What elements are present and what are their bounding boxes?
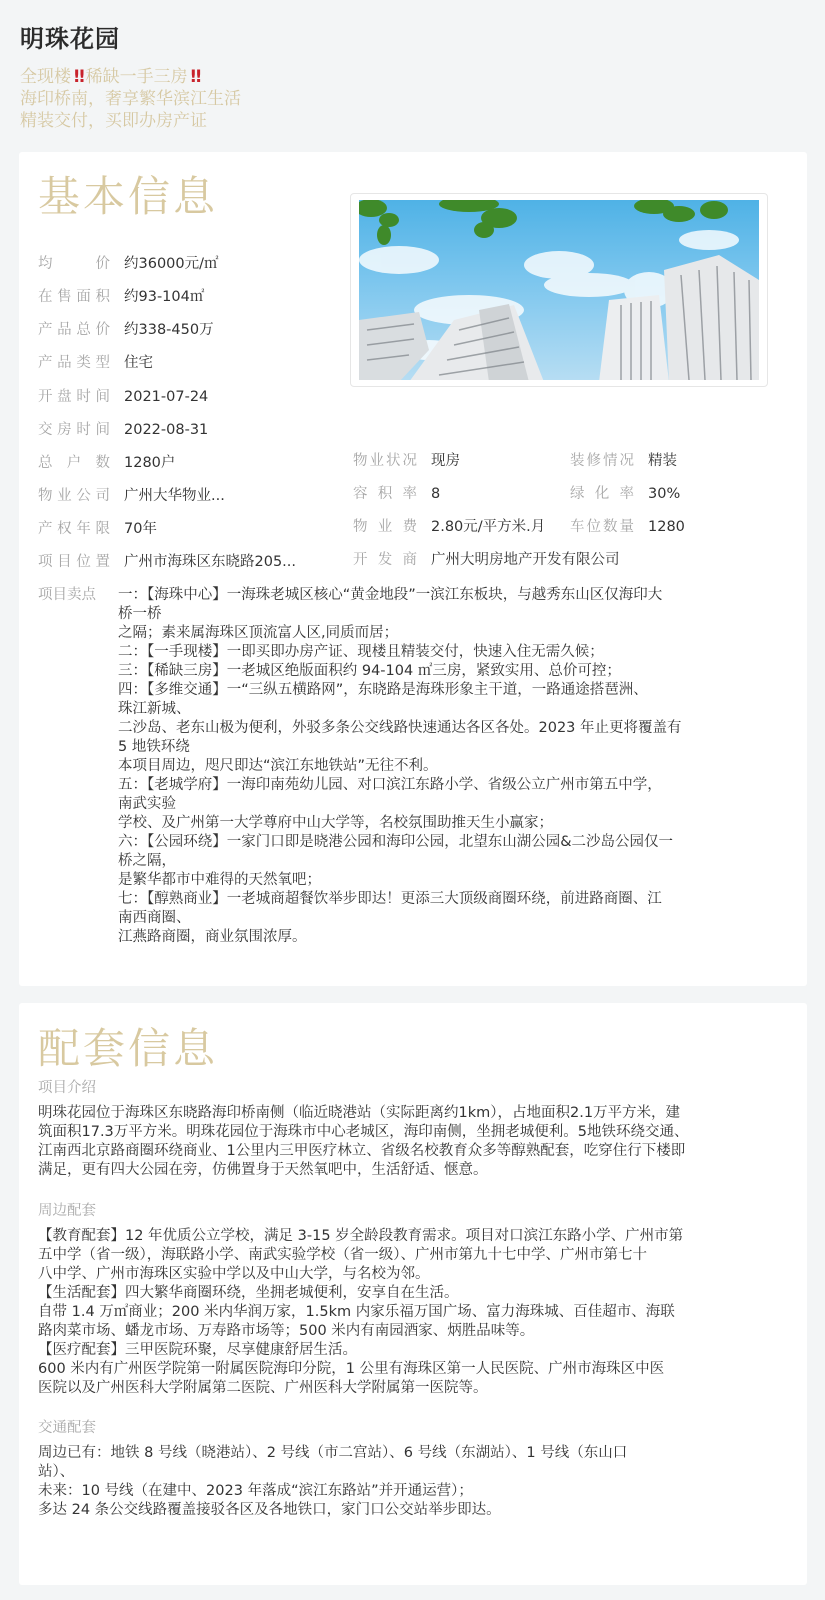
field-label: 总户数 [38,453,110,473]
selling-point-line: 南西商圈、 [118,909,798,928]
field-value[interactable]: 广州市海珠区东晓路205... [124,552,296,572]
field-developer: 开发商广州大明房地产开发有限公司 [353,550,620,570]
subtitle-line-3: 精装交付，买即办房产证 [20,110,800,132]
double-exclamation-icon: ‼ [191,67,200,87]
selling-points: 项目卖点 一：【海珠中心】一海珠老城区核心“黄金地段”一滨江东板块，与越秀东山区… [38,586,798,947]
field-opening-date: 开盘时间2021-07-24 [38,387,208,407]
field-area: 在售面积约93-104㎡ [38,287,204,307]
selling-point-line: 四：【多维交通】一“三纵五横路网”，东晓路是海珠形象主干道，一路通途搭琶洲、 [118,681,798,700]
transport-line: 周边已有：地铁 8 号线（晓港站）、2 号线（市二宫站）、6 号线（东湖站）、1… [38,1444,790,1463]
field-label: 产品类型 [38,353,110,373]
supporting-info-card: 配套信息 项目介绍 明珠花园位于海珠区东晓路海印桥南侧（临近晓港站（实际距离约1… [19,1003,807,1585]
selling-point-line: 二沙岛、老东山极为便利，外驳多条公交线路快速通达各区各处。2023 年止更将覆盖… [118,719,798,738]
selling-point-line: 珠江新城、 [118,700,798,719]
field-label: 装修情况 [570,451,634,471]
field-value: 约338-450万 [124,320,214,340]
field-label: 产权年限 [38,519,110,539]
field-total-price: 产品总价约338-450万 [38,320,214,340]
selling-point-line: 本项目周边，咫尺即达“滨江东地铁站”无往不利。 [118,757,798,776]
selling-point-line: 桥之隔， [118,852,798,871]
intro-line: 满足，更有四大公园在旁，仿佛置身于天然氧吧中，生活舒适、惬意。 [38,1161,790,1180]
surroundings-line: 【医疗配套】三甲医院环聚，尽享健康舒居生活。 [38,1341,790,1360]
field-label: 开盘时间 [38,387,110,407]
intro-line: 明珠花园位于海珠区东晓路海印桥南侧（临近晓港站（实际距离约1km），占地面积2.… [38,1104,790,1123]
selling-point-line: 五：【老城学府】一海印南苑幼儿园、对口滨江东路小学、省级公立广州市第五中学， [118,776,798,795]
selling-point-line: 是繁华都市中难得的天然氧吧； [118,871,798,890]
field-value: 现房 [431,451,460,471]
subtitle-line-1: 全现楼‼稀缺一手三房‼ [20,66,800,88]
field-value: 精装 [648,451,677,471]
subtitle: 全现楼‼稀缺一手三房‼ 海印桥南，奢享繁华滨江生活 精装交付，买即办房产证 [20,66,800,132]
section-title: 基本信息 [38,172,218,222]
field-label: 项目位置 [38,552,110,572]
subtitle-text: 全现楼 [20,67,71,87]
field-product-type: 产品类型住宅 [38,353,153,373]
building-image [359,200,759,380]
subtitle-text: 稀缺一手三房 [86,67,188,87]
field-label: 物业状况 [353,451,417,471]
field-label: 在售面积 [38,287,110,307]
selling-point-line: 之隔；素来属海珠区顶流富人区,同质而居； [118,624,798,643]
field-value: 30% [648,484,680,504]
field-value: 2.80元/平方米.月 [431,517,545,537]
transport-label: 交通配套 [38,1416,96,1437]
intro-line: 江南西北京路商圈环绕商业、1公里内三甲医疗林立、省级名校教育众多等醇熟配套，吃穿… [38,1142,790,1161]
field-value: 2022-08-31 [124,420,208,440]
selling-point-line: 二：【一手现楼】一即买即办房产证、现楼且精装交付，快速入住无需久候； [118,643,798,662]
field-value: 8 [431,484,440,504]
surroundings-line: 五中学（省一级），海联路小学、南武实验学校（省一级）、广州市第九十七中学、广州市… [38,1246,790,1265]
surroundings-line: 八中学、广州市海珠区实验中学以及中山大学，与名校为邻。 [38,1265,790,1284]
field-green-rate: 绿化率30% [570,484,680,504]
selling-point-line: 三：【稀缺三房】一老城区绝版面积约 94-104 ㎡三房，紧致实用、总价可控； [118,662,798,681]
field-label: 均价 [38,254,110,274]
project-photo[interactable] [350,193,768,387]
selling-points-text: 一：【海珠中心】一海珠老城区核心“黄金地段”一滨江东板块，与越秀东山区仅海印大 … [118,586,798,947]
field-value: 1280户 [124,453,175,473]
field-value: 约93-104㎡ [124,287,204,307]
field-label: 车位数量 [570,517,634,537]
field-property-status: 物业状况现房 [353,451,460,471]
selling-point-line: 七：【醇熟商业】一老城商超餐饮举步即达！更添三大顶级商圈环绕，前进路商圈、江 [118,890,798,909]
page-title: 明珠花园 [20,22,800,56]
intro-text: 明珠花园位于海珠区东晓路海印桥南侧（临近晓港站（实际距离约1km），占地面积2.… [38,1104,790,1180]
field-avg-price: 均价约36000元/㎡ [38,254,219,274]
field-value: 约36000元/㎡ [124,254,219,274]
field-property-fee: 物业费2.80元/平方米.月 [353,517,545,537]
basic-info-card: 基本信息 [19,152,807,986]
selling-point-line: 桥一桥 [118,605,798,624]
surroundings-line: 自带 1.4 万㎡商业；200 米内华润万家，1.5km 内家乐福万国广场、富力… [38,1303,790,1322]
field-delivery-date: 交房时间2022-08-31 [38,420,208,440]
intro-line: 筑面积17.3万平方米。明珠花园位于海珠市中心老城区，海印南侧，坐拥老城便利。5… [38,1123,790,1142]
field-label: 产品总价 [38,320,110,340]
field-location: 项目位置广州市海珠区东晓路205... [38,552,296,572]
field-decoration: 装修情况精装 [570,451,677,471]
selling-point-line: 一：【海珠中心】一海珠老城区核心“黄金地段”一滨江东板块，与越秀东山区仅海印大 [118,586,798,605]
surroundings-line: 路肉菜市场、蟠龙市场、万寿路市场等；500 米内有南园酒家、炳胜品味等。 [38,1322,790,1341]
section-title: 配套信息 [38,1024,218,1074]
surroundings-line: 医院以及广州医科大学附属第二医院、广州医科大学附属第一医院等。 [38,1379,790,1398]
surroundings-line: 【生活配套】四大繁华商圈环绕，坐拥老城便利，安享自在生活。 [38,1284,790,1303]
surroundings-line: 【教育配套】12 年优质公立学校，满足 3-15 岁全龄段教育需求。项目对口滨江… [38,1227,790,1246]
field-value: 1280 [648,517,685,537]
field-label: 物业费 [353,517,417,537]
surroundings-line: 600 米内有广州医学院第一附属医院海印分院，1 公里有海珠区第一人民医院、广州… [38,1360,790,1379]
field-parking: 车位数量1280 [570,517,685,537]
field-value: 2021-07-24 [124,387,208,407]
field-value: 广州大明房地产开发有限公司 [431,550,620,570]
page-header: 明珠花园 全现楼‼稀缺一手三房‼ 海印桥南，奢享繁华滨江生活 精装交付，买即办房… [20,22,800,132]
selling-point-line: 南武实验 [118,795,798,814]
field-label: 开发商 [353,550,417,570]
selling-point-line: 学校、及广州第一大学尊府中山大学等，名校氛围助推天生小赢家； [118,814,798,833]
field-label: 物业公司 [38,486,110,506]
intro-label: 项目介绍 [38,1076,96,1097]
subtitle-line-2: 海印桥南，奢享繁华滨江生活 [20,88,800,110]
field-property-company: 物业公司广州大华物业... [38,486,225,506]
field-value: 住宅 [124,353,153,373]
transport-line: 未来：10 号线（在建中、2023 年落成“滨江东路站”并开通运营）； [38,1482,790,1501]
field-value: 70年 [124,519,157,539]
field-plot-ratio: 容积率8 [353,484,440,504]
field-ownership-term: 产权年限70年 [38,519,157,539]
field-label: 绿化率 [570,484,634,504]
selling-point-line: 六：【公园环绕】一家门口即是晓港公园和海印公园，北望东山湖公园&二沙岛公园仅一 [118,833,798,852]
transport-line: 站）、 [38,1463,790,1482]
field-value[interactable]: 广州大华物业... [124,486,225,506]
field-households: 总户数1280户 [38,453,175,473]
selling-point-line: 江燕路商圈，商业氛围浓厚。 [118,928,798,947]
field-label: 容积率 [353,484,417,504]
surroundings-text: 【教育配套】12 年优质公立学校，满足 3-15 岁全龄段教育需求。项目对口滨江… [38,1227,790,1398]
field-label: 交房时间 [38,420,110,440]
transport-line: 多达 24 条公交线路覆盖接驳各区及各地铁口，家门口公交站举步即达。 [38,1501,790,1520]
transport-text: 周边已有：地铁 8 号线（晓港站）、2 号线（市二宫站）、6 号线（东湖站）、1… [38,1444,790,1520]
selling-points-label: 项目卖点 [38,586,96,605]
double-exclamation-icon: ‼ [74,67,83,87]
selling-point-line: 5 地铁环绕 [118,738,798,757]
surroundings-label: 周边配套 [38,1199,96,1220]
